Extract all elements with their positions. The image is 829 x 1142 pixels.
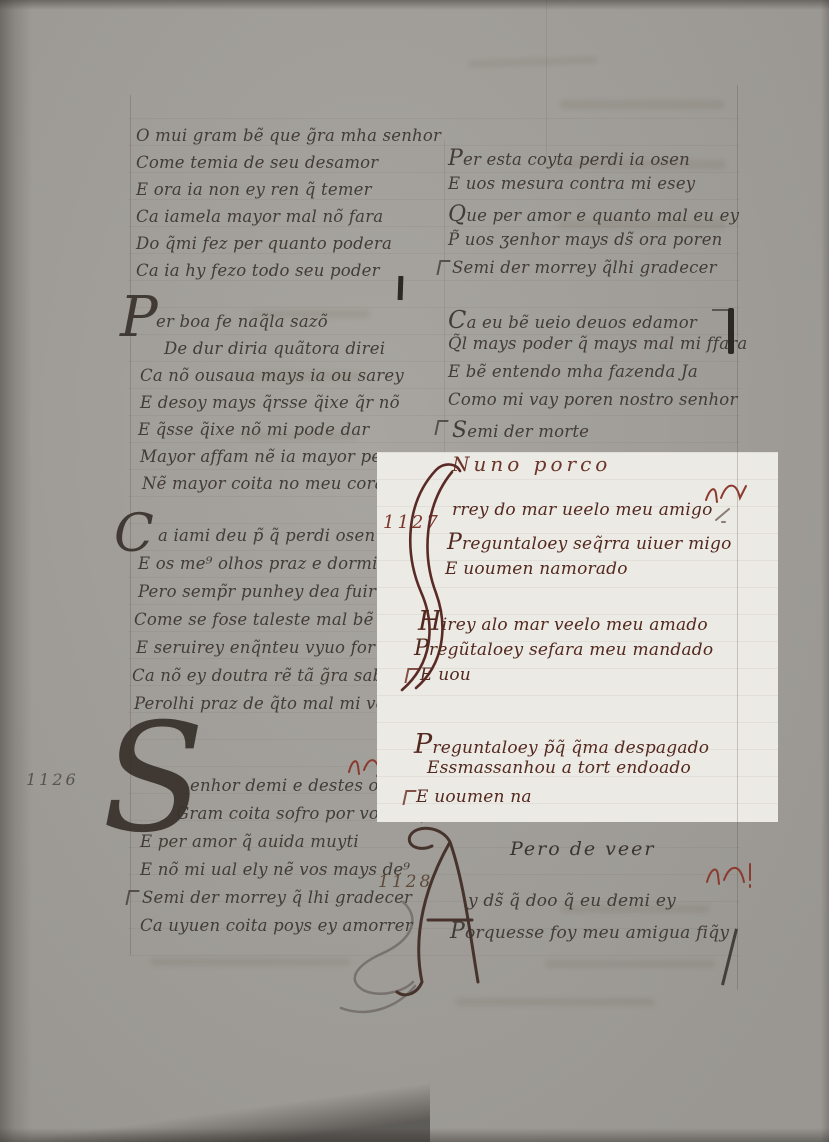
verse-line: Porquesse foy meu amigua fiq̃y [450, 921, 729, 943]
illuminated-initial-C: C [114, 512, 154, 556]
verse-line: E uoumen namorado [445, 561, 628, 578]
verse-line: E ora ia non ey ren q̃ temer [136, 182, 372, 199]
verse-line: Pero semp̃r punhey dea fuir [138, 584, 376, 601]
attribution-nuno-porco: Nuno porco [452, 452, 611, 476]
verse-line: Ca nõ ousaua mays ia ou sarey [140, 368, 404, 385]
verse-line: Ca nõ ey doutra rẽ tã g̃ra sabor [132, 668, 402, 685]
verse-line: er boa fe naq̃la sazõ [156, 314, 328, 331]
page-edge-right [821, 0, 829, 1142]
verse-line: E uoumen na [416, 789, 532, 806]
margin-number-1126: 1126 [26, 770, 79, 789]
attribution-pero-de-veer: Pero de veer [510, 838, 656, 860]
verse-line: Semi der morte [452, 420, 589, 442]
verse-line: Pregũtaloey sefara meu mandado [414, 638, 713, 660]
verse-line: P̃ uos ʒenhor mays ds̃ ora poren [448, 232, 723, 249]
verse-line: Q̃l mays poder q̃ mays mal mi ffara [448, 336, 747, 353]
verse-line: Ca iamela mayor mal nõ fara [136, 209, 383, 226]
verse-line: E bẽ entendo mha fazenda Ja [448, 364, 698, 381]
verse-line: Semi der morrey q̃lhi gradecer [452, 260, 717, 277]
page-corner-shadow [0, 1078, 430, 1142]
stray-mark [714, 506, 734, 524]
verse-line: E os me⁹ olhos praz e dormir [138, 556, 386, 573]
page-edge-top [0, 0, 829, 10]
margin-bracket-mark [728, 308, 734, 354]
verse-line: De dur diria quãtora direi [164, 341, 385, 358]
paraph-tick [436, 260, 450, 275]
top-rule-fragment [546, 0, 547, 165]
verse-line: E per amor q̃ auida muyti [140, 834, 359, 851]
verse-line: O mui gram bẽ que g̃ra mha senhor [136, 128, 441, 145]
verse-line: Como mi vay poren nostro senhor [448, 392, 738, 409]
paraph-tick [434, 420, 448, 435]
verse-line: Mayor affam nẽ ia mayor pesar [140, 449, 408, 466]
verse-line: Per esta coyta perdi ia osen [448, 148, 690, 170]
verse-line: Hirey alo mar veelo meu amado [418, 608, 708, 635]
verse-line: Do q̃mi fez per quanto podera [136, 236, 392, 253]
right-column-rule [444, 140, 445, 460]
verse-line: E desoy mays q̃rsse q̃ixe q̃r nõ [140, 395, 400, 412]
illuminated-initial-P: P [120, 294, 158, 342]
page-edge-left [0, 0, 32, 1142]
margin-bar-mark [398, 276, 404, 300]
verse-line: Come temia de seu desamor [136, 155, 378, 172]
verse-line: Ca eu bẽ ueio deuos edamor [448, 308, 697, 332]
verse-line: Preguntaloey seq̃rra uiuer migo [447, 532, 732, 554]
bleed-through-line [560, 100, 725, 109]
verse-line: rrey do mar ueelo meu amigo [452, 502, 713, 519]
verse-line: E uos mesura contra mi esey [448, 176, 695, 193]
rubric-margin-mark [704, 858, 756, 892]
verse-line: Nẽ mayor coita no meu coraçõ [142, 476, 404, 493]
bleed-through-line [150, 958, 350, 966]
verse-line: y ds̃ q̃ doo q̃ eu demi ey [468, 893, 676, 910]
verse-line: E nõ mi ual ely nẽ vos mays de⁹ [140, 862, 410, 879]
verse-line: E seruirey enq̃nteu vyuo for [136, 640, 375, 657]
verse-line: Ca ia hy fezo todo seu poder [136, 263, 380, 280]
verse-line: Essmassanhou a tort endoado [427, 760, 691, 777]
bleed-through-line [455, 998, 655, 1006]
flourished-initial-I [378, 460, 466, 698]
verse-line: Come se fose taleste mal bẽ [134, 612, 374, 629]
verse-line: Preguntaloey p̃q̃ q̃ma despagado [414, 731, 709, 758]
bleed-through-header [468, 56, 598, 69]
manuscript-page-scan: O mui gram bẽ que g̃ra mha senhor Come t… [0, 0, 829, 1142]
verse-line: E uou [420, 667, 471, 684]
verse-line: Que per amor e quanto mal eu ey [448, 204, 739, 226]
verse-line: a iami deu p̃ q̃ perdi osen [158, 528, 375, 545]
paraph-tick [125, 890, 139, 905]
bleed-through-line [545, 960, 715, 968]
verse-line: E q̃sse q̃ixe nõ mi pode dar [138, 422, 369, 439]
